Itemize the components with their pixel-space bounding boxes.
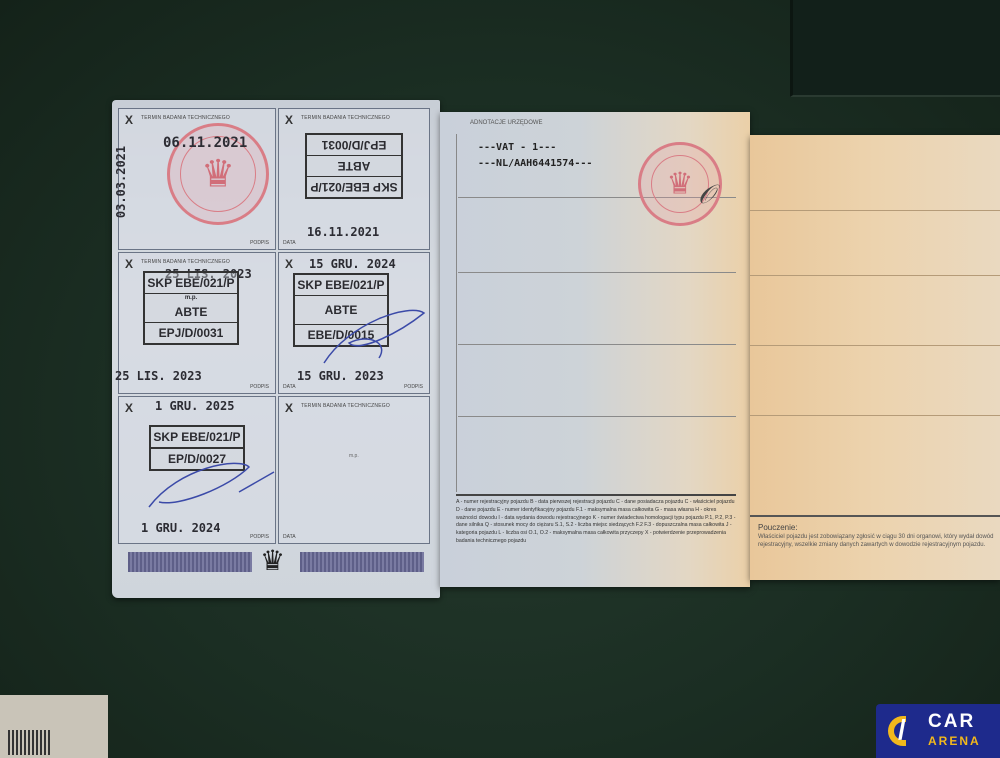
date-label: DATA	[283, 240, 296, 246]
logo-text-arena: ARENA	[928, 734, 981, 748]
cell-header: TERMIN BADANIA TECHNICZNEGO	[141, 259, 230, 265]
ruled-line	[750, 210, 1000, 211]
cell-mark: X	[125, 257, 133, 271]
cell-header: TERMIN BADANIA TECHNICZNEGO	[301, 115, 390, 121]
stamp-date-side: 03.03.2021	[114, 146, 128, 218]
cell-header: TERMIN BADANIA TECHNICZNEGO	[141, 115, 230, 121]
stamp-diagnostician: EPJ/D/0031	[145, 323, 237, 343]
ruled-line	[458, 272, 736, 273]
date-label: DATA	[283, 384, 296, 390]
cell-mark: X	[285, 257, 293, 271]
annotations-page: ADNOTACJE URZĘDOWE ---VAT - 1--- ---NL/A…	[440, 112, 750, 587]
station-stamp: SKP EBE/021/P m.p. ABTE EPJ/D/0031	[143, 271, 239, 345]
stamp-station-code: SKP EBE/021/P	[307, 176, 401, 197]
station-stamp: SKP EBE/021/P ABTE EPJ/D/0031	[305, 133, 403, 199]
date-label: DATA	[283, 534, 296, 540]
ruled-line	[750, 415, 1000, 416]
eagle-emblem-icon: ♛	[260, 544, 285, 577]
inspection-cell-3: X TERMIN BADANIA TECHNICZNEGO 25 LIS. 20…	[118, 252, 276, 394]
inspection-cell-2: X TERMIN BADANIA TECHNICZNEGO SKP EBE/02…	[278, 108, 430, 250]
field-legend: A - numer rejestracyjny pojazdu B - data…	[456, 494, 736, 546]
stamp-date-top: 15 GRU. 2024	[309, 257, 396, 271]
annotation-line-1: ---VAT - 1---	[478, 142, 556, 153]
mp-label: m.p.	[349, 453, 359, 459]
signature-icon: 𝒪	[698, 180, 714, 211]
signature-scribble-icon	[319, 293, 429, 373]
ruled-line	[458, 344, 736, 345]
signature-label: PODPIS	[250, 534, 269, 540]
security-band-right	[300, 552, 424, 572]
ruled-line	[750, 345, 1000, 346]
right-page: Pouczenie: Właściciel pojazdu jest zobow…	[750, 135, 1000, 580]
stamp-date-bottom: 15 GRU. 2023	[297, 369, 384, 383]
signature-label: PODPIS	[404, 384, 423, 390]
section-label: ADNOTACJE URZĘDOWE	[470, 120, 543, 126]
inspection-cell-1: X TERMIN BADANIA TECHNICZNEGO ♛ 06.11.20…	[118, 108, 276, 250]
notice-text: Właściciel pojazdu jest zobowiązany zgło…	[758, 533, 998, 549]
ruled-line	[750, 515, 1000, 517]
background-shelf	[790, 0, 1000, 97]
stamp-date-bottom: 25 LIS. 2023	[115, 369, 202, 383]
cell-mark: X	[285, 401, 293, 415]
signature-scribble-icon	[139, 447, 279, 517]
security-band-left	[128, 552, 252, 572]
logo-a-icon: /	[898, 714, 906, 746]
notice-title: Pouczenie:	[758, 523, 798, 532]
cell-mark: X	[125, 113, 133, 127]
ruled-line	[750, 275, 1000, 276]
inspection-cell-4: X 15 GRU. 2024 SKP EBE/021/P ABTE EBE/D/…	[278, 252, 430, 394]
barcode-icon	[8, 730, 52, 755]
inspection-cell-6: X TERMIN BADANIA TECHNICZNEGO m.p. DATA	[278, 396, 430, 544]
logo-text-car: CAR	[928, 711, 975, 733]
inspection-page: X TERMIN BADANIA TECHNICZNEGO ♛ 06.11.20…	[112, 100, 440, 598]
stamp-date-top: 1 GRU. 2025	[155, 399, 234, 413]
eagle-emblem-icon: ♛	[667, 167, 694, 202]
stamp-mp: m.p.	[145, 294, 237, 302]
stamp-station-code: SKP EBE/021/P	[151, 427, 243, 448]
stamp-date-top: 06.11.2021	[163, 135, 247, 151]
stamp-diagnostician: EPJ/D/0031	[307, 135, 401, 155]
signature-label: PODPIS	[250, 240, 269, 246]
eagle-emblem-icon: ♛	[201, 152, 235, 197]
signature-label: PODPIS	[250, 384, 269, 390]
stamp-date-bottom: 1 GRU. 2024	[141, 521, 220, 535]
stamp-date-bottom: 16.11.2021	[307, 225, 379, 239]
stamp-company: ABTE	[145, 302, 237, 323]
paper-receipt	[0, 695, 108, 758]
cell-mark: X	[125, 401, 133, 415]
stamp-station-code: SKP EBE/021/P	[145, 273, 237, 294]
stamp-company: ABTE	[307, 155, 401, 176]
car-arena-logo: / CAR ARENA	[876, 704, 1000, 758]
ruled-line	[458, 416, 736, 417]
cell-mark: X	[285, 113, 293, 127]
inspection-cell-5: X 1 GRU. 2025 SKP EBE/021/P EP/D/0027 1 …	[118, 396, 276, 544]
annotation-line-2: ---NL/AAH6441574---	[478, 158, 592, 169]
cell-header: TERMIN BADANIA TECHNICZNEGO	[301, 403, 390, 409]
